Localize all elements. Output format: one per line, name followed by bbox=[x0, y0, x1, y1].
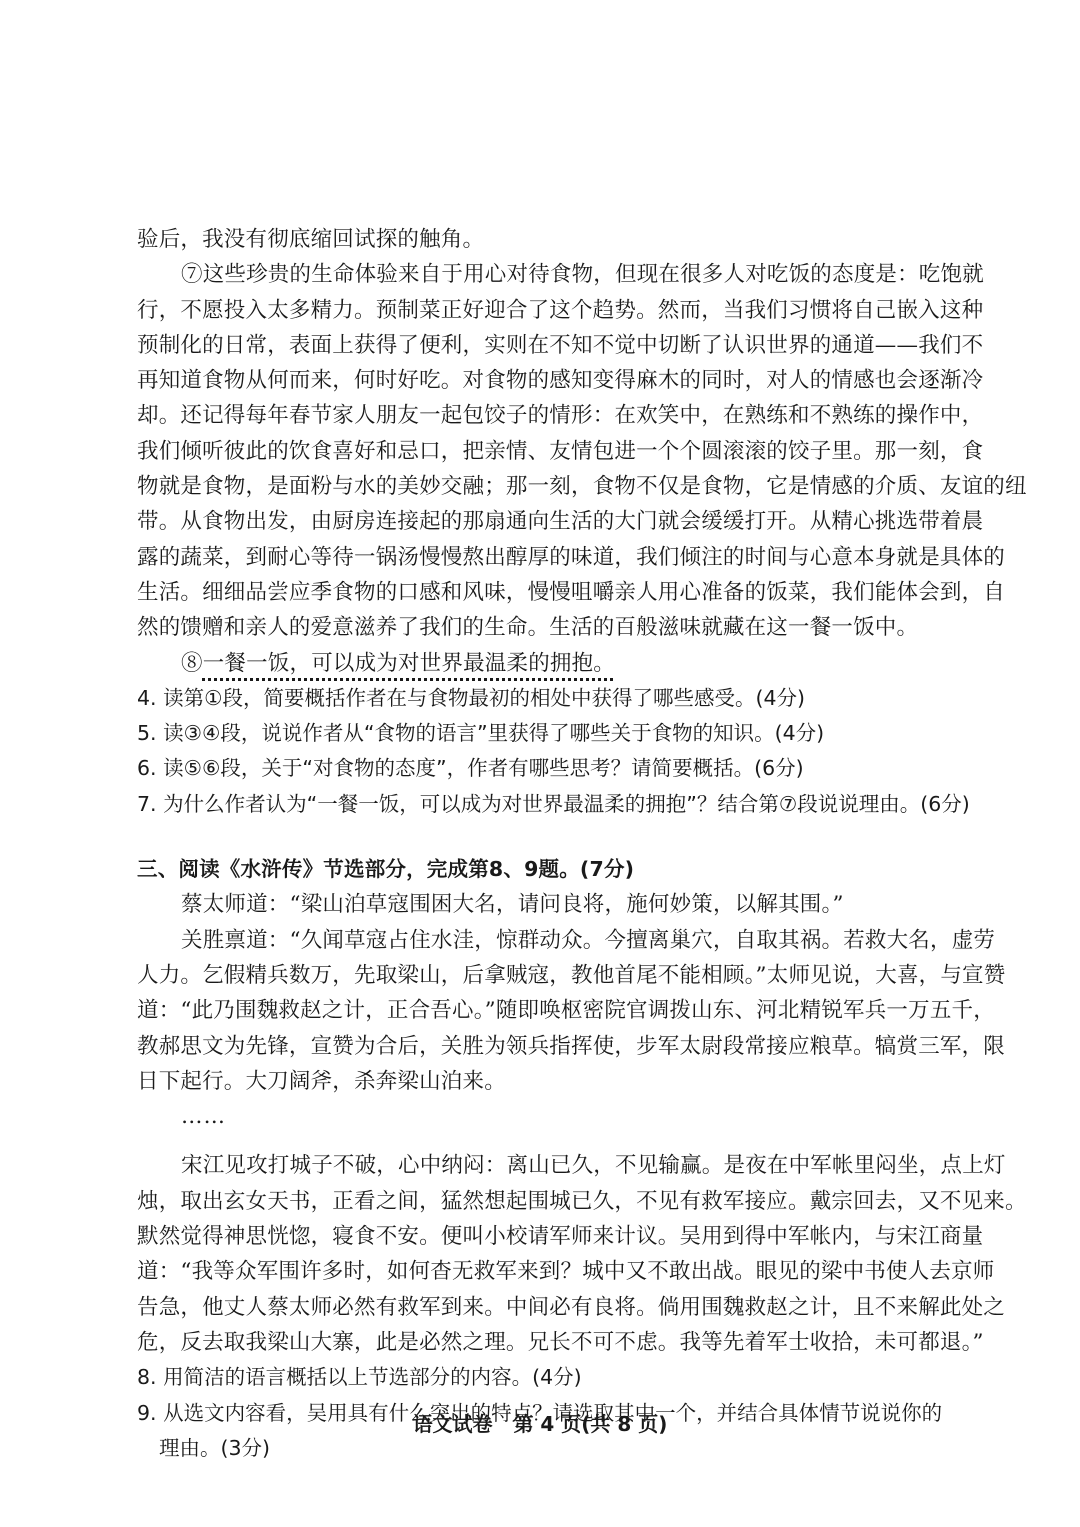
emphasized-sentence: 一餐一饭，可以成为对世界最温柔的拥抱。 bbox=[203, 651, 615, 676]
excerpt-ellipsis: …… bbox=[137, 1099, 945, 1134]
spacer bbox=[137, 1134, 945, 1148]
question-6: 6. 读⑤⑥段，关于“对食物的态度”，作者有哪些思考？请简要概括。(6分) bbox=[137, 751, 945, 786]
passage-line: 生活。细细品尝应季食物的口感和风味，慢慢咀嚼亲人用心准备的饭菜，我们能体会到，自 bbox=[137, 575, 945, 610]
excerpt-line: 教郝思文为先锋，宣赞为合后，关胜为领兵指挥使，步军太尉段常接应粮草。犒赏三军，限 bbox=[137, 1029, 945, 1064]
excerpt-line: 人力。乞假精兵数万，先取梁山，后拿贼寇，教他首尾不能相顾。”太师见说，大喜，与宣… bbox=[137, 958, 945, 993]
passage-line: 验后，我没有彻底缩回试探的触角。 bbox=[137, 222, 945, 257]
passage-line: 带。从食物出发，由厨房连接起的那扇通向生活的大门就会缓缓打开。从精心挑选带着晨 bbox=[137, 504, 945, 539]
section-heading: 三、阅读《水浒传》节选部分，完成第8、9题。(7分) bbox=[137, 852, 945, 887]
passage-line: 预制化的日常，表面上获得了便利，实则在不知不觉中切断了认识世界的通道——我们不 bbox=[137, 328, 945, 363]
paragraph-8: ⑧一餐一饭，可以成为对世界最温柔的拥抱。 bbox=[137, 646, 945, 681]
excerpt-line: 道：“此乃围魏救赵之计，正合吾心。”随即唤枢密院官调拨山东、河北精锐军兵一万五千… bbox=[137, 993, 945, 1028]
footer-subject: 语文试卷 bbox=[413, 1412, 493, 1436]
excerpt-line: 蔡太师道：“梁山泊草寇围困大名，请问良将，施何妙策，以解其围。” bbox=[137, 887, 945, 922]
excerpt-line: 烛，取出玄女天书，正看之间，猛然想起围城已久，不见有救军接应。戴宗回去，又不见来… bbox=[137, 1184, 945, 1219]
passage-line: 然的馈赠和亲人的爱意滋养了我们的生命。生活的百般滋味就藏在这一餐一饭中。 bbox=[137, 610, 945, 645]
excerpt-line: 日下起行。大刀阔斧，杀奔梁山泊来。 bbox=[137, 1064, 945, 1099]
section-three: 三、阅读《水浒传》节选部分，完成第8、9题。(7分) 蔡太师道：“梁山泊草寇围困… bbox=[137, 852, 945, 1466]
excerpt-line: 宋江见攻打城子不破，心中纳闷：离山已久，不见输赢。是夜在中军帐里闷坐，点上灯 bbox=[137, 1148, 945, 1183]
excerpt-line: 危，反去取我梁山大寨，此是必然之理。兄长不可不虑。我等先着军士收拾，未可都退。” bbox=[137, 1325, 945, 1360]
passage-line: 却。还记得每年春节家人朋友一起包饺子的情形：在欢笑中，在熟练和不熟练的操作中， bbox=[137, 398, 945, 433]
page-footer: 语文试卷 第 4 页(共 8 页) bbox=[0, 1408, 1080, 1437]
excerpt-line: 默然觉得神思恍惚，寝食不安。便叫小校请军师来计议。吴用到得中军帐内，与宋江商量 bbox=[137, 1219, 945, 1254]
exam-page-body: 验后，我没有彻底缩回试探的触角。 ⑦这些珍贵的生命体验来自于用心对待食物，但现在… bbox=[137, 222, 945, 1466]
passage-line: 再知道食物从何而来，何时好吃。对食物的感知变得麻木的同时，对人的情感也会逐渐冷 bbox=[137, 363, 945, 398]
questions-4-to-7: 4. 读第①段，简要概括作者在与食物最初的相处中获得了哪些感受。(4分) 5. … bbox=[137, 681, 945, 822]
passage-food: 验后，我没有彻底缩回试探的触角。 ⑦这些珍贵的生命体验来自于用心对待食物，但现在… bbox=[137, 222, 945, 681]
excerpt-line: 道：“我等众军围许多时，如何杳无救军来到？城中又不敢出战。眼见的梁中书使人去京师 bbox=[137, 1254, 945, 1289]
passage-line: 物就是食物，是面粉与水的美妙交融；那一刻，食物不仅是食物，它是情感的介质、友谊的… bbox=[137, 469, 945, 504]
question-4: 4. 读第①段，简要概括作者在与食物最初的相处中获得了哪些感受。(4分) bbox=[137, 681, 945, 716]
section-spacer bbox=[137, 822, 945, 852]
question-8: 8. 用简洁的语言概括以上节选部分的内容。(4分) bbox=[137, 1360, 945, 1395]
footer-page-number: 第 4 页(共 8 页) bbox=[513, 1412, 667, 1436]
question-7: 7. 为什么作者认为“一餐一饭，可以成为对世界最温柔的拥抱”？结合第⑦段说说理由… bbox=[137, 787, 945, 822]
passage-line: 我们倾听彼此的饮食喜好和忌口，把亲情、友情包进一个个圆滚滚的饺子里。那一刻，食 bbox=[137, 434, 945, 469]
excerpt-line: 告急，他丈人蔡太师必然有救军到来。中间必有良将。倘用围魏救赵之计，且不来解此处之 bbox=[137, 1290, 945, 1325]
passage-line: 行，不愿投入太多精力。预制菜正好迎合了这个趋势。然而，当我们习惯将自己嵌入这种 bbox=[137, 293, 945, 328]
passage-line: ⑦这些珍贵的生命体验来自于用心对待食物，但现在很多人对吃饭的态度是：吃饱就 bbox=[137, 257, 945, 292]
paragraph-number: ⑧ bbox=[181, 651, 203, 676]
passage-line: 露的蔬菜，到耐心等待一锅汤慢慢熬出醇厚的味道，我们倾注的时间与心意本身就是具体的 bbox=[137, 540, 945, 575]
excerpt-line: 关胜禀道：“久闻草寇占住水洼，惊群动众。今擅离巢穴，自取其祸。若救大名，虚劳 bbox=[137, 923, 945, 958]
question-5: 5. 读③④段，说说作者从“食物的语言”里获得了哪些关于食物的知识。(4分) bbox=[137, 716, 945, 751]
